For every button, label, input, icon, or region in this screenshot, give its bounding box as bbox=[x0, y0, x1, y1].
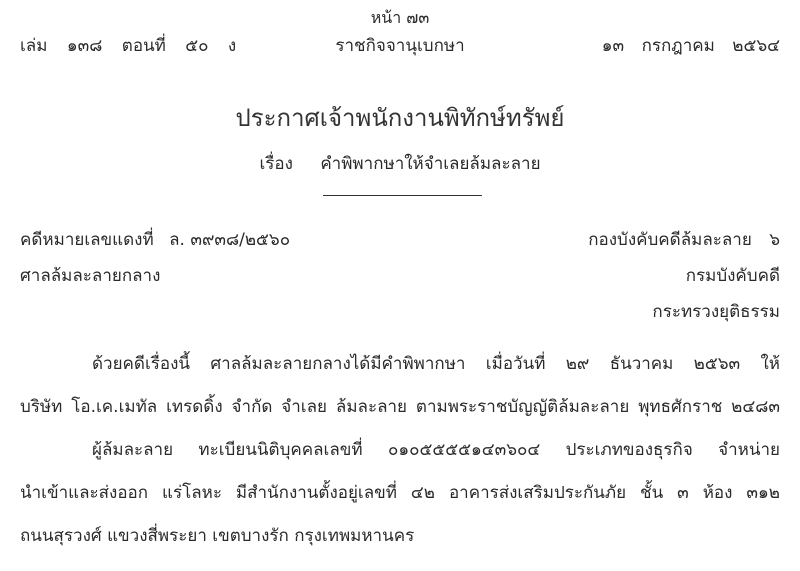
case-number-value: ล. ๓๙๓๘/๒๕๖๐ bbox=[169, 230, 290, 250]
department-name: กรมบังคับคดี bbox=[686, 262, 780, 289]
ministry-name: กระทรวงยุติธรรม bbox=[652, 298, 780, 325]
body-line: บริษัท โอ.เค.เมทัล เทรดดิ้ง จำกัด จำเลย … bbox=[20, 393, 780, 420]
date-month: กรกฎาคม bbox=[642, 36, 715, 56]
date-day: ๑๓ bbox=[602, 36, 624, 56]
body-line: นำเข้าและส่งออก แร่โลหะ มีสำนักงานตั้งอย… bbox=[20, 479, 780, 506]
date-year: ๒๕๖๔ bbox=[732, 36, 780, 56]
title-divider bbox=[323, 195, 482, 196]
page-number: หน้า ๗๓ bbox=[0, 6, 800, 31]
division-number: ๖ bbox=[769, 230, 780, 250]
case-number-label: คดีหมายเลขแดงที่ bbox=[20, 230, 154, 250]
publication-date: ๑๓ กรกฎาคม ๒๕๖๔ bbox=[590, 32, 780, 59]
body-line: ผู้ล้มละลาย ทะเบียนนิติบุคคลเลขที่ ๐๑๐๕๕… bbox=[20, 436, 780, 463]
case-number: คดีหมายเลขแดงที่ ล. ๓๙๓๘/๒๕๖๐ bbox=[20, 226, 290, 253]
document-title: ประกาศเจ้าพนักงานพิทักษ์ทรัพย์ bbox=[0, 98, 800, 137]
body-line: ด้วยคดีเรื่องนี้ ศาลล้มละลายกลางได้มีคำพ… bbox=[20, 350, 780, 377]
subject-text: คำพิพากษาให้จำเลยล้มละลาย bbox=[320, 154, 540, 174]
division-name: กองบังคับคดีล้มละลาย ๖ bbox=[588, 226, 780, 253]
subject-label: เรื่อง bbox=[259, 154, 292, 174]
body-line: ถนนสุรวงศ์ แขวงสี่พระยา เขตบางรัก กรุงเท… bbox=[20, 522, 780, 549]
division-label: กองบังคับคดีล้มละลาย bbox=[588, 230, 752, 250]
subject-line: เรื่อง คำพิพากษาให้จำเลยล้มละลาย bbox=[0, 150, 800, 177]
court-name: ศาลล้มละลายกลาง bbox=[20, 262, 160, 289]
